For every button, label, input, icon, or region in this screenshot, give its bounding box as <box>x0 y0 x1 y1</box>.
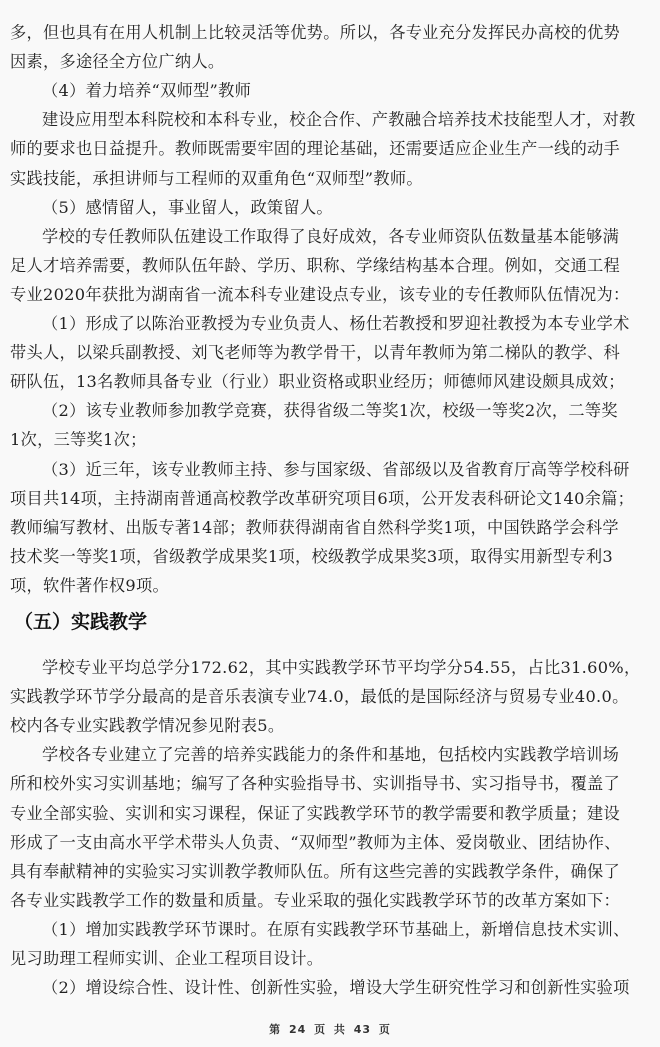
text-line: （2）增设综合性、设计性、创新性实验，增设大学生研究性学习和创新性实验项 <box>42 977 650 999</box>
text-line: （1）增加实践教学环节课时。在原有实践教学环节基础上，新增信息技术实训、 <box>42 919 650 941</box>
section-heading: （五）实践教学 <box>14 608 147 636</box>
text-line: 项目共14项，主持湖南普通高校教学改革研究项目6项，公开发表科研论文140余篇； <box>10 488 650 510</box>
text-line: （4）着力培养“双师型”教师 <box>42 80 650 102</box>
text-line: 师的要求也日益提升。教师既需要牢固的理论基础，还需要适应企业生产一线的动手 <box>10 138 650 160</box>
text-line: 足人才培养需要，教师队伍年龄、学历、职称、学缘结构基本合理。例如，交通工程 <box>10 255 650 277</box>
text-line: 因素，多途径全方位广纳人。 <box>10 51 650 73</box>
text-line: 1次，三等奖1次； <box>10 429 650 451</box>
text-line: 学校各专业建立了完善的培养实践能力的条件和基地，包括校内实践教学培训场 <box>42 744 650 766</box>
text-line: （3）近三年，该专业教师主持、参与国家级、省部级以及省教育厅高等学校科研 <box>42 459 650 481</box>
text-line: 项，软件著作权9项。 <box>10 575 650 597</box>
text-line: 专业2020年获批为湖南省一流本科专业建设点专业，该专业的专任教师队伍情况为： <box>10 284 650 306</box>
page-number-footer: 第 24 页 共 43 页 <box>0 1021 660 1037</box>
text-line: 学校的专任教师队伍建设工作取得了良好成效，各专业师资队伍数量基本能够满 <box>42 226 650 248</box>
text-line: 实践技能，承担讲师与工程师的双重角色“双师型”教师。 <box>10 168 650 190</box>
text-line: 研队伍，13名教师具备专业（行业）职业资格或职业经历；师德师风建设颇具成效； <box>10 371 650 393</box>
text-line: 专业全部实验、实训和实习课程，保证了实践教学环节的教学需要和教学质量；建设 <box>10 803 650 825</box>
text-line: 各专业实践教学工作的数量和质量。专业采取的强化实践教学环节的改革方案如下： <box>10 890 650 912</box>
text-line: （5）感情留人，事业留人，政策留人。 <box>42 197 650 219</box>
document-page: 多，但也具有在用人机制上比较灵活等优势。所以，各专业充分发挥民办高校的优势因素，… <box>0 0 660 1047</box>
text-line: （1）形成了以陈治亚教授为专业负责人、杨仕若教授和罗迎社教授为本专业学术 <box>42 313 650 335</box>
text-line: 多，但也具有在用人机制上比较灵活等优势。所以，各专业充分发挥民办高校的优势 <box>10 22 650 44</box>
text-line: 具有奉献精神的实验实习实训教学教师队伍。所有这些完善的实践教学条件，确保了 <box>10 861 650 883</box>
text-line: 带头人，以梁兵副教授、刘飞老师等为教学骨干，以青年教师为第二梯队的教学、科 <box>10 342 650 364</box>
text-line: 见习助理工程师实训、企业工程项目设计。 <box>10 948 650 970</box>
text-line: 建设应用型本科院校和本科专业，校企合作、产教融合培养技术技能型人才，对教 <box>42 109 650 131</box>
text-line: 形成了一支由高水平学术带头人负责、“双师型”教师为主体、爱岗敬业、团结协作、 <box>10 832 650 854</box>
text-line: （2）该专业教师参加教学竞赛，获得省级二等奖1次，校级一等奖2次，二等奖 <box>42 400 650 422</box>
text-line: 教师编写教材、出版专著14部；教师获得湖南省自然科学奖1项，中国铁路学会科学 <box>10 517 650 539</box>
text-line: 校内各专业实践教学情况参见附表5。 <box>10 715 650 737</box>
text-line: 学校专业平均总学分172.62，其中实践教学环节平均学分54.55，占比31.6… <box>42 657 650 679</box>
text-line: 所和校外实习实训基地；编写了各种实验指导书、实训指导书、实习指导书，覆盖了 <box>10 773 650 795</box>
text-line: 实践教学环节学分最高的是音乐表演专业74.0，最低的是国际经济与贸易专业40.0… <box>10 686 650 708</box>
text-line: 技术奖一等奖1项，省级教学成果奖1项，校级教学成果奖3项，取得实用新型专利3 <box>10 546 650 568</box>
